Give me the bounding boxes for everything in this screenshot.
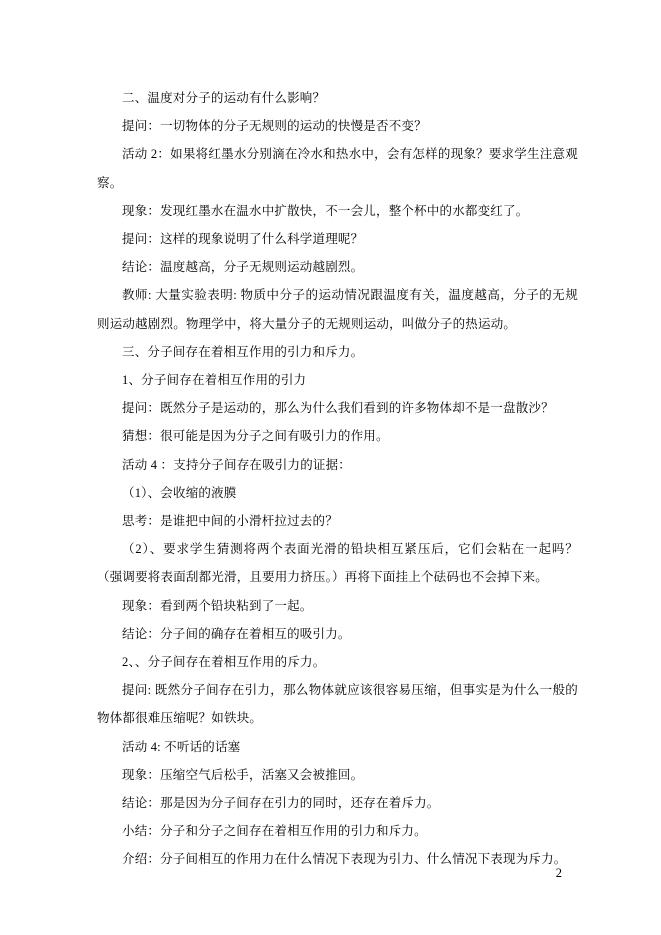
paragraph: （1）、会收缩的液膜 xyxy=(97,479,578,507)
paragraph: 提问: 既然分子间存在引力，那么物体就应该很容易压缩，但事实是为什么一般的物体都… xyxy=(97,676,578,732)
paragraph: 提问：既然分子是运动的，那么为什么我们看到的许多物体却不是一盘散沙？ xyxy=(97,394,578,422)
paragraph: 思考：是谁把中间的小滑杆拉过去的？ xyxy=(97,507,578,535)
paragraph: 活动 4: 不听话的话塞 xyxy=(97,733,578,761)
paragraph: 现象：压缩空气后松手，活塞又会被推回。 xyxy=(97,761,578,789)
paragraph: 提问：这样的现象说明了什么科学道理呢？ xyxy=(97,225,578,253)
paragraph: 现象：看到两个铅块粘到了一起。 xyxy=(97,592,578,620)
paragraph: 1、分子间存在着相互作用的引力 xyxy=(97,366,578,394)
paragraph: 活动 2：如果将红墨水分别滴在冷水和热水中，会有怎样的现象？要求学生注意观察。 xyxy=(97,140,578,196)
paragraph: 结论：那是因为分子间存在引力的同时，还存在着斥力。 xyxy=(97,789,578,817)
document-body: 二、温度对分子的运动有什么影响？提问：一切物体的分子无规则的运动的快慢是否不变？… xyxy=(97,84,578,874)
paragraph: 教师: 大量实验表明: 物质中分子的运动情况跟温度有关，温度越高，分子的无规则运… xyxy=(97,281,578,337)
paragraph: 2、、分子间存在着相互作用的斥力。 xyxy=(97,648,578,676)
document-page: 二、温度对分子的运动有什么影响？提问：一切物体的分子无规则的运动的快慢是否不变？… xyxy=(0,0,661,935)
paragraph: 二、温度对分子的运动有什么影响？ xyxy=(97,84,578,112)
page-number: 2 xyxy=(556,866,562,880)
paragraph: 小结：分子和分子之间存在着相互作用的引力和斥力。 xyxy=(97,817,578,845)
page-footer: 2 xyxy=(556,866,562,880)
paragraph: （2）、要求学生猜测将两个表面光滑的铅块相互紧压后，它们会粘在一起吗？（强调要将… xyxy=(97,535,578,591)
paragraph: 结论：分子间的确存在着相互的吸引力。 xyxy=(97,620,578,648)
paragraph: 结论：温度越高，分子无规则运动越剧烈。 xyxy=(97,253,578,281)
paragraph: 介绍：分子间相互的作用力在什么情况下表现为引力、什么情况下表现为斥力。 xyxy=(97,845,578,873)
paragraph: 现象：发现红墨水在温水中扩散快，不一会儿，整个杯中的水都变红了。 xyxy=(97,197,578,225)
paragraph: 猜想：很可能是因为分子之间有吸引力的作用。 xyxy=(97,422,578,450)
paragraph: 三、分子间存在着相互作用的引力和斥力。 xyxy=(97,338,578,366)
paragraph: 活动 4 ：支持分子间存在吸引力的证据： xyxy=(97,451,578,479)
paragraph: 提问：一切物体的分子无规则的运动的快慢是否不变？ xyxy=(97,112,578,140)
